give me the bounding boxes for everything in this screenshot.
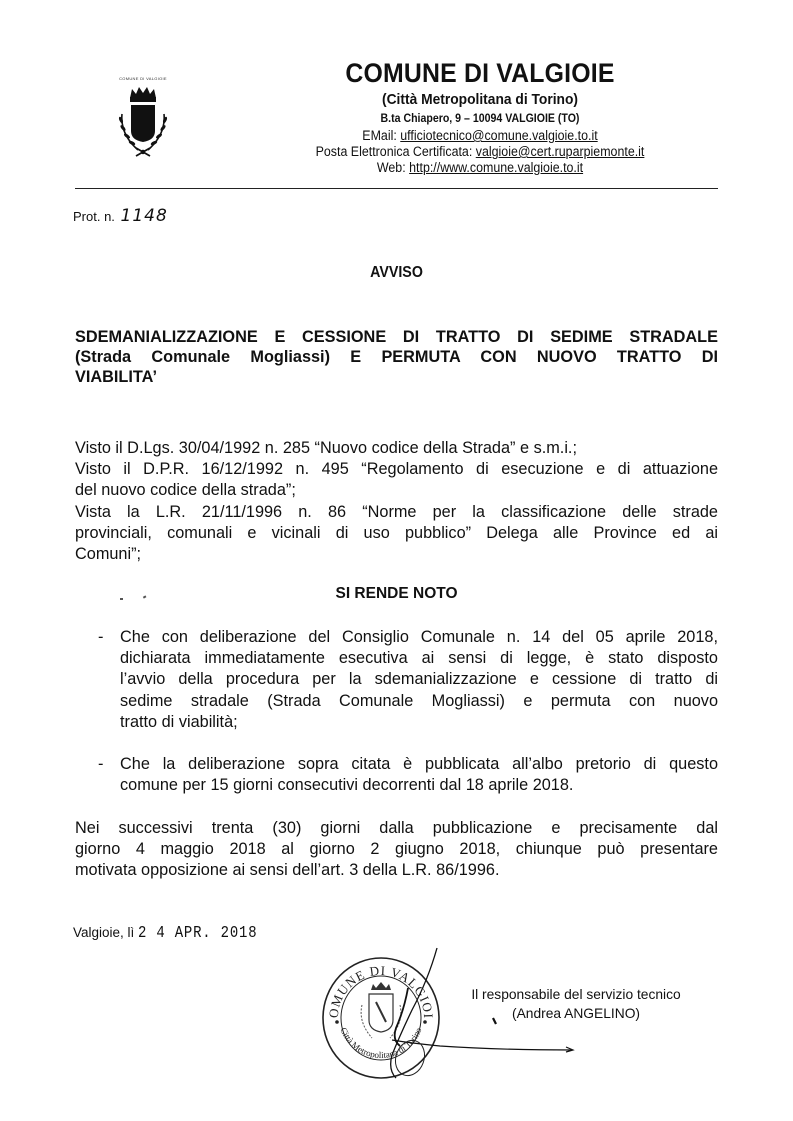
subject-line: SDEMANIALIZZAZIONE E CESSIONE DI TRATTO … xyxy=(75,327,718,347)
subject-line: (Strada Comunale Mogliassi) E PERMUTA CO… xyxy=(75,347,718,367)
notice-item-line: dichiarata immediatamente esecutiva ai s… xyxy=(120,648,718,669)
email-label: EMail: xyxy=(362,128,397,143)
web-label: Web: xyxy=(377,160,406,175)
letterhead: COMUNE DI VALGIOIE (Città Metropolitana … xyxy=(240,56,720,176)
protocol-number: Prot. n. 1148 xyxy=(73,206,168,226)
notice-item: - Che con deliberazione del Consiglio Co… xyxy=(95,627,718,733)
notice-heading: SI RENDE NOTO xyxy=(0,585,793,603)
protocol-handwritten-number: 1148 xyxy=(121,206,168,226)
organization-subtitle: (Città Metropolitana di Torino) xyxy=(259,90,701,110)
premise-line: del nuovo codice della strada”; xyxy=(75,480,718,501)
signatory-block: Il responsabile del servizio tecnico (An… xyxy=(452,985,700,1023)
pec-label: Posta Elettronica Certificata: xyxy=(316,144,473,159)
subject-line: VIABILITA’ xyxy=(75,367,718,387)
place-label: Valgioie, lì xyxy=(73,925,134,940)
premise-line: Visto il D.P.R. 16/12/1992 n. 495 “Regol… xyxy=(75,459,718,480)
email-line: EMail: ufficiotecnico@comune.valgioie.to… xyxy=(259,128,701,144)
notice-item-line: comune per 15 giorni consecutivi decorre… xyxy=(120,775,718,796)
opposition-paragraph: Nei successivi trenta (30) giorni dalla … xyxy=(75,818,718,882)
municipal-coat-of-arms-logo: COMUNE DI VALGIOIE xyxy=(110,76,176,166)
notice-subject: SDEMANIALIZZAZIONE E CESSIONE DI TRATTO … xyxy=(75,327,718,387)
notice-item-line: Che la deliberazione sopra citata è pubb… xyxy=(120,754,718,775)
email-link[interactable]: ufficiotecnico@comune.valgioie.to.it xyxy=(400,128,597,143)
organization-name: COMUNE DI VALGIOIE xyxy=(259,56,701,90)
pec-link[interactable]: valgioie@cert.ruparpiemonte.it xyxy=(476,144,645,159)
bullet-dash: - xyxy=(98,754,103,775)
premise-line: Visto il D.Lgs. 30/04/1992 n. 285 “Nuovo… xyxy=(75,438,718,459)
notice-item-line: l’avvio della procedura per la sdemanial… xyxy=(120,669,718,690)
notice-item-line: tratto di viabilità; xyxy=(120,712,718,733)
premise-line: Vista la L.R. 21/11/1996 n. 86 “Norme pe… xyxy=(75,502,718,523)
place-and-date: Valgioie, lì 2 4 APR. 2018 xyxy=(73,924,284,943)
protocol-label: Prot. n. xyxy=(73,209,115,224)
web-link[interactable]: http://www.comune.valgioie.to.it xyxy=(409,160,583,175)
document-title: AVVISO xyxy=(32,264,762,282)
pec-line: Posta Elettronica Certificata: valgioie@… xyxy=(259,144,701,160)
coat-of-arms-icon xyxy=(110,76,176,166)
closing-line: Nei successivi trenta (30) giorni dalla … xyxy=(75,818,718,839)
closing-line: motivata opposizione ai sensi dell’art. … xyxy=(75,860,718,881)
premise-line: provinciali, comunali e vicinali di uso … xyxy=(75,523,718,544)
notice-items: - Che con deliberazione del Consiglio Co… xyxy=(95,627,718,796)
legal-premises: Visto il D.Lgs. 30/04/1992 n. 285 “Nuovo… xyxy=(75,438,718,565)
notice-item: - Che la deliberazione sopra citata è pu… xyxy=(95,754,718,796)
date-stamp: 2 4 APR. 2018 xyxy=(138,924,257,943)
signatory-role: Il responsabile del servizio tecnico xyxy=(452,985,700,1004)
notice-item-line: Che con deliberazione del Consiglio Comu… xyxy=(120,627,718,648)
header-divider xyxy=(75,188,718,189)
logo-caption: COMUNE DI VALGIOIE xyxy=(110,76,176,81)
organization-address: B.ta Chiapero, 9 – 10094 VALGIOIE (TO) xyxy=(259,111,701,128)
notice-item-line: sedime stradale (Strada Comunale Moglias… xyxy=(120,691,718,712)
web-line: Web: http://www.comune.valgioie.to.it xyxy=(259,160,701,176)
premise-line: Comuni”; xyxy=(75,544,718,565)
closing-line: giorno 4 maggio 2018 al giorno 2 giugno … xyxy=(75,839,718,860)
signatory-name: (Andrea ANGELINO) xyxy=(452,1004,700,1023)
bullet-dash: - xyxy=(98,627,103,648)
